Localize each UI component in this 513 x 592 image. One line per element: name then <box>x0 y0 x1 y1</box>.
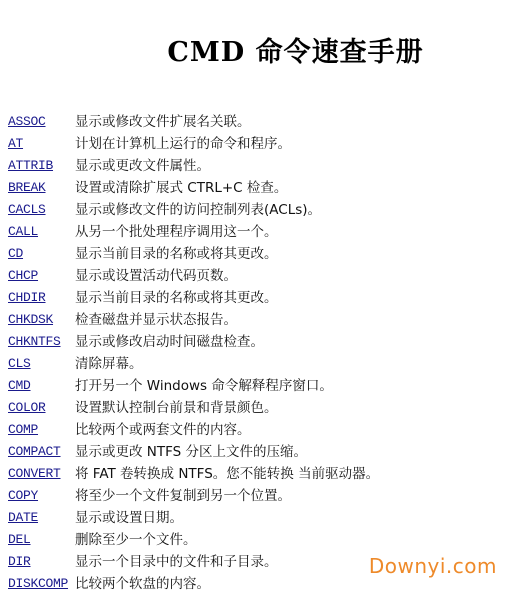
command-link-color[interactable]: COLOR <box>8 397 75 419</box>
command-description: 比较两个软盘的内容。 <box>75 573 210 592</box>
command-description: 删除至少一个文件。 <box>75 529 197 551</box>
command-description: 显示或更改文件属性。 <box>75 155 210 177</box>
command-description: 显示或修改文件的访问控制列表(ACLs)。 <box>75 199 321 221</box>
command-description: 从另一个批处理程序调用这一个。 <box>75 221 278 243</box>
command-row: DATE 显示或设置日期。 <box>8 507 379 529</box>
command-row: ATTRIB 显示或更改文件属性。 <box>8 155 379 177</box>
command-row: CLS 清除屏幕。 <box>8 353 379 375</box>
command-description: 显示或修改启动时间磁盘检查。 <box>75 331 264 353</box>
command-row: CHDIR 显示当前目录的名称或将其更改。 <box>8 287 379 309</box>
command-row: ASSOC 显示或修改文件扩展名关联。 <box>8 111 379 133</box>
command-row: CACLS 显示或修改文件的访问控制列表(ACLs)。 <box>8 199 379 221</box>
command-row: CONVERT 将 FAT 卷转换成 NTFS。您不能转换 当前驱动器。 <box>8 463 379 485</box>
command-description: 显示或设置活动代码页数。 <box>75 265 237 287</box>
command-link-compact[interactable]: COMPACT <box>8 441 75 463</box>
command-description: 显示一个目录中的文件和子目录。 <box>75 551 278 573</box>
command-link-chdir[interactable]: CHDIR <box>8 287 75 309</box>
command-description: 显示当前目录的名称或将其更改。 <box>75 287 278 309</box>
command-link-dir[interactable]: DIR <box>8 551 75 573</box>
command-link-diskcomp[interactable]: DISKCOMP <box>8 573 75 592</box>
command-link-cmd[interactable]: CMD <box>8 375 75 397</box>
command-link-chcp[interactable]: CHCP <box>8 265 75 287</box>
command-list: ASSOC 显示或修改文件扩展名关联。 AT 计划在计算机上运行的命令和程序。 … <box>8 111 379 592</box>
command-link-copy[interactable]: COPY <box>8 485 75 507</box>
command-link-convert[interactable]: CONVERT <box>8 463 75 485</box>
command-description: 清除屏幕。 <box>75 353 143 375</box>
command-link-cacls[interactable]: CACLS <box>8 199 75 221</box>
command-row: CALL 从另一个批处理程序调用这一个。 <box>8 221 379 243</box>
command-link-attrib[interactable]: ATTRIB <box>8 155 75 177</box>
command-description: 设置默认控制台前景和背景颜色。 <box>75 397 278 419</box>
command-description: 检查磁盘并显示状态报告。 <box>75 309 237 331</box>
command-row: DIR 显示一个目录中的文件和子目录。 <box>8 551 379 573</box>
command-link-at[interactable]: AT <box>8 133 75 155</box>
command-row: COMPACT 显示或更改 NTFS 分区上文件的压缩。 <box>8 441 379 463</box>
command-description: 比较两个或两套文件的内容。 <box>75 419 251 441</box>
command-link-comp[interactable]: COMP <box>8 419 75 441</box>
command-link-date[interactable]: DATE <box>8 507 75 529</box>
command-link-call[interactable]: CALL <box>8 221 75 243</box>
command-row: COPY 将至少一个文件复制到另一个位置。 <box>8 485 379 507</box>
command-description: 计划在计算机上运行的命令和程序。 <box>75 133 291 155</box>
command-link-break[interactable]: BREAK <box>8 177 75 199</box>
command-row: CHKDSK 检查磁盘并显示状态报告。 <box>8 309 379 331</box>
command-row: CMD 打开另一个 Windows 命令解释程序窗口。 <box>8 375 379 397</box>
command-row: COLOR 设置默认控制台前景和背景颜色。 <box>8 397 379 419</box>
command-link-assoc[interactable]: ASSOC <box>8 111 75 133</box>
command-row: DISKCOMP 比较两个软盘的内容。 <box>8 573 379 592</box>
command-description: 显示或设置日期。 <box>75 507 183 529</box>
command-link-del[interactable]: DEL <box>8 529 75 551</box>
command-description: 显示或更改 NTFS 分区上文件的压缩。 <box>75 441 307 463</box>
command-row: BREAK 设置或清除扩展式 CTRL+C 检查。 <box>8 177 379 199</box>
command-description: 将至少一个文件复制到另一个位置。 <box>75 485 291 507</box>
command-link-chkntfs[interactable]: CHKNTFS <box>8 331 75 353</box>
command-link-cls[interactable]: CLS <box>8 353 75 375</box>
command-description: 将 FAT 卷转换成 NTFS。您不能转换 当前驱动器。 <box>75 463 379 485</box>
command-description: 设置或清除扩展式 CTRL+C 检查。 <box>75 177 287 199</box>
command-row: CD 显示当前目录的名称或将其更改。 <box>8 243 379 265</box>
command-row: AT 计划在计算机上运行的命令和程序。 <box>8 133 379 155</box>
command-link-cd[interactable]: CD <box>8 243 75 265</box>
command-row: COMP 比较两个或两套文件的内容。 <box>8 419 379 441</box>
command-link-chkdsk[interactable]: CHKDSK <box>8 309 75 331</box>
page-title: CMD 命令速查手册 <box>0 30 513 69</box>
watermark-logo: Downyi.com <box>369 554 497 578</box>
command-description: 打开另一个 Windows 命令解释程序窗口。 <box>75 375 333 397</box>
command-description: 显示或修改文件扩展名关联。 <box>75 111 251 133</box>
command-description: 显示当前目录的名称或将其更改。 <box>75 243 278 265</box>
command-row: DEL 删除至少一个文件。 <box>8 529 379 551</box>
command-row: CHKNTFS 显示或修改启动时间磁盘检查。 <box>8 331 379 353</box>
command-row: CHCP 显示或设置活动代码页数。 <box>8 265 379 287</box>
